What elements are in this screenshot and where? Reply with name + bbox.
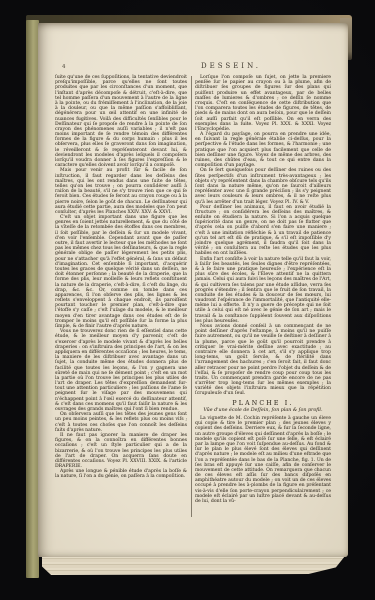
page-text-layer: 4 DESSEIN. ſuite qu'une de ces ſuppoſiti…	[38, 23, 348, 557]
paragraph: Enfin l'art conſiſte à voir la nature te…	[195, 257, 331, 324]
running-title: DESSEIN.	[201, 62, 261, 70]
paragraph: ſuite qu'une de ces ſuppoſitions, la ten…	[55, 75, 187, 168]
paragraph: Pour deſſiner les animaux, il faut en av…	[195, 205, 331, 257]
paragraph: C'eſt un objet important dans une figure…	[55, 215, 187, 329]
left-column: ſuite qu'une de ces ſuppoſitions, la ten…	[55, 75, 187, 517]
paragraph: La vignette de M. Cochin repréſente à ga…	[195, 416, 331, 504]
paragraph: A l'égard du payſage, on pourra en prend…	[195, 132, 331, 168]
planche-heading: PLANCHE I.	[195, 401, 331, 406]
right-column: Lorſque l'on compoſe un ſujet, on jette …	[195, 75, 331, 517]
paragraph: On ſe ſert quelquefois pour deſſiner des…	[195, 168, 331, 204]
text-columns: ſuite qu'une de ces ſuppoſitions, la ten…	[55, 75, 332, 517]
page-block-bottom-edge	[42, 556, 345, 575]
book-photo-background: 4 DESSEIN. ſuite qu'une de ces ſuppoſiti…	[0, 0, 375, 600]
paragraph: Nous avions donné conſeil à un commençan…	[195, 324, 331, 397]
paragraph: Après une longue & pénible étude d'après…	[55, 469, 187, 479]
paragraph: Lorſque l'on compoſe un ſujet, on jette …	[195, 75, 331, 132]
planche-caption: Vûe d'une école de Deſſein, ſon plan & ſ…	[195, 408, 331, 413]
column-divider-rule	[191, 76, 192, 517]
paragraph: Il ne faut pas ignorer la maniere de dra…	[55, 433, 187, 469]
book-page: 4 DESSEIN. ſuite qu'une de ces ſuppoſiti…	[38, 23, 348, 557]
paragraph: Vous ne trouverez donc rien de ſi eſſent…	[55, 329, 187, 412]
paragraph: Mais pour venir au profit ſûr & facile d…	[55, 168, 187, 215]
paragraph: On obſervera auſſi que les têtes des jeu…	[55, 412, 187, 433]
page-number: 4	[62, 64, 66, 70]
